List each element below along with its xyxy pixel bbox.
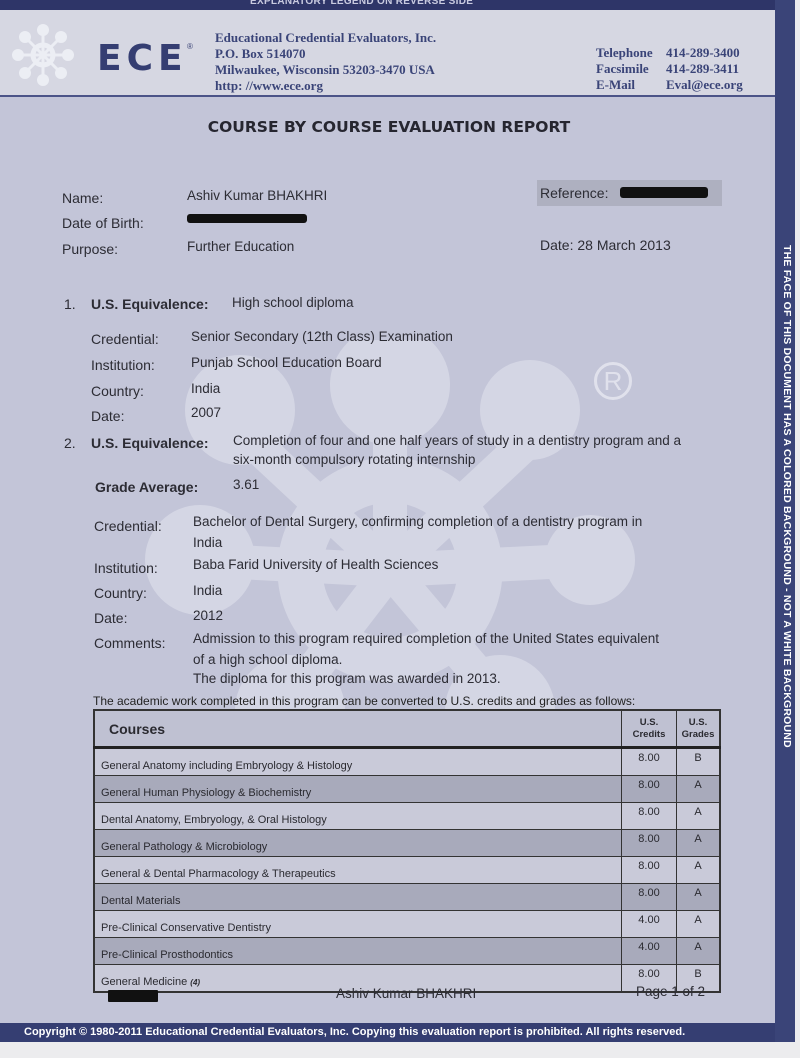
course-credits: 8.00 <box>622 857 677 884</box>
purpose-label: Purpose: <box>62 241 118 257</box>
credential2-country: India <box>193 583 222 598</box>
course-name: General & Dental Pharmacology & Therapeu… <box>94 857 622 884</box>
course-credits: 8.00 <box>622 748 677 776</box>
applicant-name: Ashiv Kumar BHAKHRI <box>187 188 327 203</box>
colored-background-notice: THE FACE OF THIS DOCUMENT HAS A COLORED … <box>777 245 793 845</box>
contact-telephone: Telephone414-289-3400 <box>596 45 743 61</box>
course-grade: A <box>677 911 721 938</box>
course-name: General Human Physiology & Biochemistry <box>94 776 622 803</box>
header-us-grades: U.S.Grades <box>677 710 721 748</box>
comments-line1: Admission to this program required compl… <box>193 631 659 646</box>
contact-block: Telephone414-289-3400 Facsimile414-289-3… <box>596 45 743 93</box>
credential1-equivalence-label: U.S. Equivalence: <box>91 296 208 312</box>
table-row: Pre-Clinical Prosthodontics 4.00A <box>94 938 720 965</box>
credential2-credential-line2: India <box>193 535 222 550</box>
table-row: Pre-Clinical Conservative Dentistry 4.00… <box>94 911 720 938</box>
website-link[interactable]: http: //www.ece.org <box>215 78 436 94</box>
footer-applicant-name: Ashiv Kumar BHAKHRI <box>336 986 476 1001</box>
course-credits: 8.00 <box>622 776 677 803</box>
purpose-value: Further Education <box>187 239 294 254</box>
course-grade: A <box>677 884 721 911</box>
grade-average-value: 3.61 <box>233 477 259 492</box>
page-number: Page 1 of 2 <box>636 984 705 999</box>
course-note: (4) <box>190 978 200 987</box>
credential2-institution: Baba Farid University of Health Sciences <box>193 557 438 572</box>
legend-notice: EXPLANATORY LEGEND ON REVERSE SIDE <box>250 0 473 7</box>
redacted-footer-id <box>108 990 158 1002</box>
grade-average-label: Grade Average: <box>95 479 198 495</box>
header-courses: Courses <box>94 710 622 748</box>
reference-label: Reference: <box>540 185 608 201</box>
credential2-equivalence-line2: six-month compulsory rotating internship <box>233 452 475 467</box>
course-name: Dental Anatomy, Embryology, & Oral Histo… <box>94 803 622 830</box>
table-row: General Human Physiology & Biochemistry … <box>94 776 720 803</box>
course-name: General Pathology & Microbiology <box>94 830 622 857</box>
report-title: COURSE BY COURSE EVALUATION REPORT <box>0 118 778 136</box>
course-credits: 8.00 <box>622 830 677 857</box>
credential1-institution: Punjab School Education Board <box>191 355 382 370</box>
course-name: General Anatomy including Embryology & H… <box>94 748 622 776</box>
credential2-credential-line1: Bachelor of Dental Surgery, confirming c… <box>193 514 642 529</box>
course-credits: 8.00 <box>622 884 677 911</box>
credential2-credential-label: Credential: <box>94 518 162 534</box>
comments-label: Comments: <box>94 635 166 651</box>
org-name: Educational Credential Evaluators, Inc. <box>215 30 436 46</box>
letterhead: ECE ® Educational Credential Evaluators,… <box>0 10 775 97</box>
credential2-number: 2. <box>64 435 76 451</box>
credential1-country: India <box>191 381 220 396</box>
course-credits: 4.00 <box>622 911 677 938</box>
course-name: Pre-Clinical Conservative Dentistry <box>94 911 622 938</box>
course-name: Dental Materials <box>94 884 622 911</box>
table-header-row: Courses U.S.Credits U.S.Grades <box>94 710 720 748</box>
redacted-reference <box>620 187 708 198</box>
credential2-date-label: Date: <box>94 610 127 626</box>
table-row: Dental Materials 8.00A <box>94 884 720 911</box>
contact-facsimile: Facsimile414-289-3411 <box>596 61 743 77</box>
table-row: General Anatomy including Embryology & H… <box>94 748 720 776</box>
dob-label: Date of Birth: <box>62 215 144 231</box>
credential1-date: 2007 <box>191 405 221 420</box>
comments-line3: The diploma for this program was awarded… <box>193 671 501 686</box>
credential2-institution-label: Institution: <box>94 560 158 576</box>
credential1-institution-label: Institution: <box>91 357 155 373</box>
watermark-registered-icon: R <box>594 362 632 400</box>
table-intro: The academic work completed in this prog… <box>93 694 635 708</box>
course-grade: B <box>677 748 721 776</box>
credential2-country-label: Country: <box>94 585 147 601</box>
credential2-equivalence-label: U.S. Equivalence: <box>91 435 208 451</box>
course-grade: A <box>677 776 721 803</box>
address-block: Educational Credential Evaluators, Inc. … <box>215 30 436 94</box>
po-box: P.O. Box 514070 <box>215 46 436 62</box>
credential1-credential: Senior Secondary (12th Class) Examinatio… <box>191 329 453 344</box>
credential2-date: 2012 <box>193 608 223 623</box>
table-row: General & Dental Pharmacology & Therapeu… <box>94 857 720 884</box>
table-row: Dental Anatomy, Embryology, & Oral Histo… <box>94 803 720 830</box>
credential1-credential-label: Credential: <box>91 331 159 347</box>
ece-logo-text: ECE <box>97 38 188 79</box>
copyright-notice: Copyright © 1980-2011 Educational Creden… <box>24 1026 685 1038</box>
report-date: Date: 28 March 2013 <box>540 237 671 253</box>
name-label: Name: <box>62 190 103 206</box>
contact-email: E-MailEval@ece.org <box>596 77 743 93</box>
registered-mark: ® <box>187 42 193 51</box>
redacted-dob <box>187 214 307 223</box>
credential1-country-label: Country: <box>91 383 144 399</box>
course-credits: 8.00 <box>622 803 677 830</box>
credential1-equivalence: High school diploma <box>232 295 354 310</box>
course-grade: A <box>677 938 721 965</box>
course-grade: A <box>677 830 721 857</box>
city-line: Milwaukee, Wisconsin 53203-3470 USA <box>215 62 436 78</box>
credential1-number: 1. <box>64 296 76 312</box>
report-page: EXPLANATORY LEGEND ON REVERSE SIDE ECE ®… <box>0 0 778 1042</box>
course-grade: A <box>677 857 721 884</box>
comments-line2: of a high school diploma. <box>193 652 342 667</box>
course-grade: A <box>677 803 721 830</box>
ece-molecule-logo-icon <box>12 24 74 86</box>
courses-table: Courses U.S.Credits U.S.Grades General A… <box>93 709 721 993</box>
header-us-credits: U.S.Credits <box>622 710 677 748</box>
course-name: Pre-Clinical Prosthodontics <box>94 938 622 965</box>
credential1-date-label: Date: <box>91 408 124 424</box>
table-row: General Pathology & Microbiology 8.00A <box>94 830 720 857</box>
credential2-equivalence-line1: Completion of four and one half years of… <box>233 433 681 448</box>
course-credits: 4.00 <box>622 938 677 965</box>
